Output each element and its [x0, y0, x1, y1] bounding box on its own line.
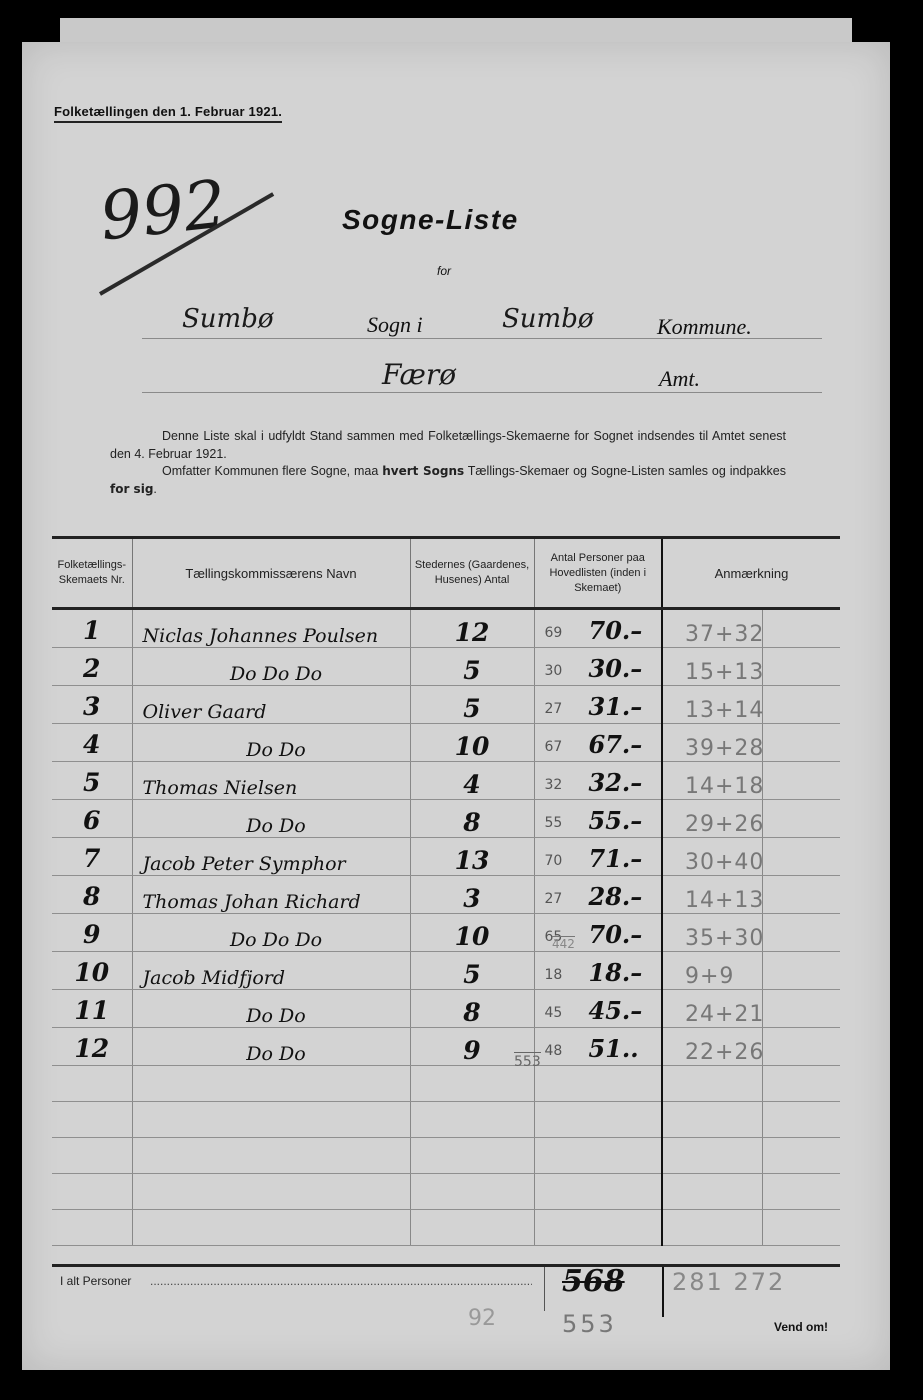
remark-divider — [762, 724, 763, 761]
remark-divider — [762, 1210, 763, 1245]
municipality-name: Sumbø — [502, 304, 594, 334]
enumerator-name: Do Do Do — [132, 648, 410, 686]
empty-cell — [662, 1210, 840, 1246]
form-number: 8 — [52, 876, 132, 914]
parish-name: Sumbø — [182, 304, 274, 334]
col-header-persons-count: Antal Personer paa Hovedlisten (inden i … — [534, 538, 662, 609]
form-number: 1 — [52, 609, 132, 648]
remark: 30+40 — [662, 838, 840, 876]
table-row: 9Do Do Do106570.–35+30 — [52, 914, 840, 952]
persons-pencil-value: 30 — [545, 663, 563, 679]
table-row: 10Jacob Midfjord51818.–9+9 — [52, 952, 840, 990]
table-row-empty — [52, 1066, 840, 1102]
form-number: 12 — [52, 1028, 132, 1066]
persons-ink-value: 31.– — [589, 692, 643, 721]
remark-divider — [762, 610, 763, 647]
table-row-empty — [52, 1102, 840, 1138]
persons-pencil-value: 27 — [545, 891, 563, 907]
empty-cell — [410, 1174, 534, 1210]
places-count: 5 — [410, 686, 534, 724]
empty-cell — [410, 1210, 534, 1246]
remark-divider — [762, 1174, 763, 1209]
remark-value: 14+18 — [685, 774, 764, 799]
instruction-emphasis: hvert Sogns — [382, 464, 464, 478]
remark-divider — [762, 762, 763, 799]
remark-divider — [762, 838, 763, 875]
remark-divider — [762, 990, 763, 1027]
empty-cell — [662, 1102, 840, 1138]
table-row-empty — [52, 1138, 840, 1174]
table-row: 6Do Do85555.–29+26 — [52, 800, 840, 838]
empty-cell — [410, 1138, 534, 1174]
instruction-paragraph-1: Denne Liste skal i udfyldt Stand sammen … — [110, 428, 786, 463]
total-label: I alt Personer — [60, 1274, 131, 1288]
remark-value: 24+21 — [685, 1002, 764, 1027]
total-remarks-line — [662, 1267, 664, 1317]
persons-count-cell: 3030.– — [534, 648, 662, 686]
persons-ink-value: 70.– — [589, 920, 643, 949]
remark: 13+14 — [662, 686, 840, 724]
remark: 9+9 — [662, 952, 840, 990]
remark-value: 30+40 — [685, 850, 764, 875]
enumerator-name: Do Do — [132, 1028, 410, 1066]
remark-divider — [762, 1028, 763, 1065]
county-line — [142, 392, 822, 393]
remark-divider — [762, 648, 763, 685]
places-count: 4 — [410, 762, 534, 800]
form-number: 4 — [52, 724, 132, 762]
remark-value: 13+14 — [685, 698, 764, 723]
leader-dots: ........................................… — [150, 1274, 532, 1288]
sogn-label: Sogn i — [367, 312, 423, 338]
empty-cell — [410, 1066, 534, 1102]
remark: 37+32 — [662, 609, 840, 648]
persons-pencil-value: 70 — [545, 853, 563, 869]
empty-cell — [52, 1102, 132, 1138]
empty-cell — [534, 1174, 662, 1210]
empty-cell — [52, 1174, 132, 1210]
remark-divider — [762, 1138, 763, 1173]
col-header-form-nr: Folketællings-Skemaets Nr. — [52, 538, 132, 609]
enumerator-name: Do Do — [132, 724, 410, 762]
instruction-text: Tællings-Skemaer og Sogne-Listen samles … — [464, 464, 786, 478]
margin-pencil-note: 92 — [468, 1306, 496, 1331]
empty-cell — [534, 1102, 662, 1138]
remark-divider — [762, 1066, 763, 1101]
enumerator-name: Niclas Johannes Poulsen — [132, 609, 410, 648]
table-row-empty — [52, 1210, 840, 1246]
instruction-paragraph-2: Omfatter Kommunen flere Sogne, maa hvert… — [110, 463, 786, 498]
persons-count-cell: 5555.– — [534, 800, 662, 838]
empty-cell — [662, 1174, 840, 1210]
table-row: 5Thomas Nielsen43232.–14+18 — [52, 762, 840, 800]
places-count: 12 — [410, 609, 534, 648]
archive-number: 992 — [96, 166, 229, 256]
persons-count-cell: 1818.– — [534, 952, 662, 990]
empty-cell — [534, 1210, 662, 1246]
enumerator-name: Jacob Midfjord — [132, 952, 410, 990]
empty-cell — [52, 1066, 132, 1102]
persons-ink-value: 71.– — [589, 844, 643, 873]
remark-divider — [762, 1102, 763, 1137]
remark-value: 9+9 — [685, 964, 734, 989]
places-count: 10 — [410, 724, 534, 762]
persons-count-cell: 2728.– — [534, 876, 662, 914]
persons-count-cell: 6767.– — [534, 724, 662, 762]
remark-divider — [762, 914, 763, 951]
persons-ink-value: 30.– — [589, 654, 643, 683]
enumerator-name: Do Do — [132, 800, 410, 838]
instruction-text: Omfatter Kommunen flere Sogne, maa — [162, 464, 382, 478]
persons-ink-value: 55.– — [589, 806, 643, 835]
total-divider — [52, 1264, 840, 1267]
table-row: 12Do Do94851..22+26 — [52, 1028, 840, 1066]
remark-value: 14+13 — [685, 888, 764, 913]
persons-pencil-value: 55 — [545, 815, 563, 831]
places-count: 3 — [410, 876, 534, 914]
remark: 14+18 — [662, 762, 840, 800]
enumerator-name: Do Do — [132, 990, 410, 1028]
remark-value: 29+26 — [685, 812, 764, 837]
table-row: 1Niclas Johannes Poulsen126970.–37+32 — [52, 609, 840, 648]
persons-count-cell: 4545.– — [534, 990, 662, 1028]
persons-count-cell: 7071.– — [534, 838, 662, 876]
persons-ink-value: 32.– — [589, 768, 643, 797]
empty-cell — [52, 1210, 132, 1246]
table-row: 8Thomas Johan Richard32728.–14+13 — [52, 876, 840, 914]
persons-pencil-value: 48 — [545, 1043, 563, 1059]
kommune-label: Kommune. — [657, 314, 752, 340]
total-persons-struck: 568 — [562, 1264, 625, 1299]
turn-over-note: Vend om! — [774, 1320, 828, 1334]
table-row: 4Do Do106767.–39+28 — [52, 724, 840, 762]
table-row-empty — [52, 1174, 840, 1210]
table-row: 7Jacob Peter Symphor137071.–30+40 — [52, 838, 840, 876]
remark-divider — [762, 686, 763, 723]
remark-value: 22+26 — [685, 1040, 764, 1065]
empty-cell — [534, 1138, 662, 1174]
instruction-emphasis: for sig — [110, 482, 153, 496]
for-label: for — [437, 264, 451, 278]
form-number: 6 — [52, 800, 132, 838]
remark-value: 35+30 — [685, 926, 764, 951]
places-count: 10 — [410, 914, 534, 952]
empty-cell — [662, 1138, 840, 1174]
remark: 24+21 — [662, 990, 840, 1028]
form-number: 10 — [52, 952, 132, 990]
places-count: 8 — [410, 990, 534, 1028]
table-row: 11Do Do84545.–24+21 — [52, 990, 840, 1028]
form-number: 2 — [52, 648, 132, 686]
form-number: 3 — [52, 686, 132, 724]
remark-value: 39+28 — [685, 736, 764, 761]
persons-ink-value: 45.– — [589, 996, 643, 1025]
enumerator-name: Oliver Gaard — [132, 686, 410, 724]
persons-pencil-value: 67 — [545, 739, 563, 755]
places-count: 5 — [410, 952, 534, 990]
remark: 29+26 — [662, 800, 840, 838]
persons-count-cell: 4851.. — [534, 1028, 662, 1066]
subtotal-pencil-note: 442 — [552, 936, 575, 951]
remark-divider — [762, 876, 763, 913]
remark: 39+28 — [662, 724, 840, 762]
persons-pencil-value: 27 — [545, 701, 563, 717]
remark: 22+26 — [662, 1028, 840, 1066]
places-count: 5 — [410, 648, 534, 686]
remark-value: 37+32 — [685, 622, 764, 647]
form-number: 9 — [52, 914, 132, 952]
table-row: 3Oliver Gaard52731.–13+14 — [52, 686, 840, 724]
remark: 14+13 — [662, 876, 840, 914]
enumerator-name: Jacob Peter Symphor — [132, 838, 410, 876]
persons-ink-value: 51.. — [589, 1034, 639, 1063]
persons-ink-value: 67.– — [589, 730, 643, 759]
county-name: Færø — [382, 358, 456, 391]
persons-ink-value: 18.– — [589, 958, 643, 987]
persons-ink-value: 28.– — [589, 882, 643, 911]
remark-value: 15+13 — [685, 660, 764, 685]
enumerator-name: Thomas Johan Richard — [132, 876, 410, 914]
table-row: 2Do Do Do53030.–15+13 — [52, 648, 840, 686]
places-count: 13 — [410, 838, 534, 876]
empty-cell — [52, 1138, 132, 1174]
instructions: Denne Liste skal i udfyldt Stand sammen … — [110, 428, 786, 498]
col-header-enumerator-name: Tællingskommissærens Navn — [132, 538, 410, 609]
col-header-remarks: Anmærkning — [662, 538, 840, 609]
remark-divider — [762, 952, 763, 989]
persons-pencil-value: 45 — [545, 1005, 563, 1021]
empty-cell — [132, 1138, 410, 1174]
places-count: 8 — [410, 800, 534, 838]
amt-label: Amt. — [659, 366, 700, 392]
persons-ink-value: 70.– — [589, 616, 643, 645]
sum-pencil-note: 553 — [514, 1052, 541, 1070]
enumerator-name: Thomas Nielsen — [132, 762, 410, 800]
empty-cell — [534, 1066, 662, 1102]
census-form-sheet: Folketællingen den 1. Februar 1921. 992 … — [22, 42, 890, 1370]
remark: 15+13 — [662, 648, 840, 686]
persons-pencil-value: 69 — [545, 625, 563, 641]
form-number: 5 — [52, 762, 132, 800]
empty-cell — [132, 1102, 410, 1138]
table-header-row: Folketællings-Skemaets Nr. Tællingskommi… — [52, 538, 840, 609]
instruction-text: . — [153, 482, 156, 496]
census-date-heading: Folketællingen den 1. Februar 1921. — [54, 104, 282, 123]
page-title: Sogne-Liste — [342, 204, 519, 236]
empty-cell — [132, 1174, 410, 1210]
enumerator-name: Do Do Do — [132, 914, 410, 952]
remarks-total: 281 272 — [672, 1268, 785, 1296]
form-number: 7 — [52, 838, 132, 876]
persons-pencil-value: 18 — [545, 967, 563, 983]
empty-cell — [132, 1210, 410, 1246]
empty-cell — [410, 1102, 534, 1138]
empty-cell — [662, 1066, 840, 1102]
total-column-line — [544, 1267, 545, 1311]
total-persons-corrected: 553 — [562, 1310, 617, 1338]
remark: 35+30 — [662, 914, 840, 952]
remark-divider — [762, 800, 763, 837]
census-table: Folketællings-Skemaets Nr. Tællingskommi… — [52, 536, 840, 1246]
form-number: 11 — [52, 990, 132, 1028]
persons-count-cell: 2731.– — [534, 686, 662, 724]
empty-cell — [132, 1066, 410, 1102]
col-header-places-count: Stedernes (Gaardenes, Husenes) Antal — [410, 538, 534, 609]
persons-count-cell: 3232.– — [534, 762, 662, 800]
persons-count-cell: 6970.– — [534, 609, 662, 648]
persons-pencil-value: 32 — [545, 777, 563, 793]
